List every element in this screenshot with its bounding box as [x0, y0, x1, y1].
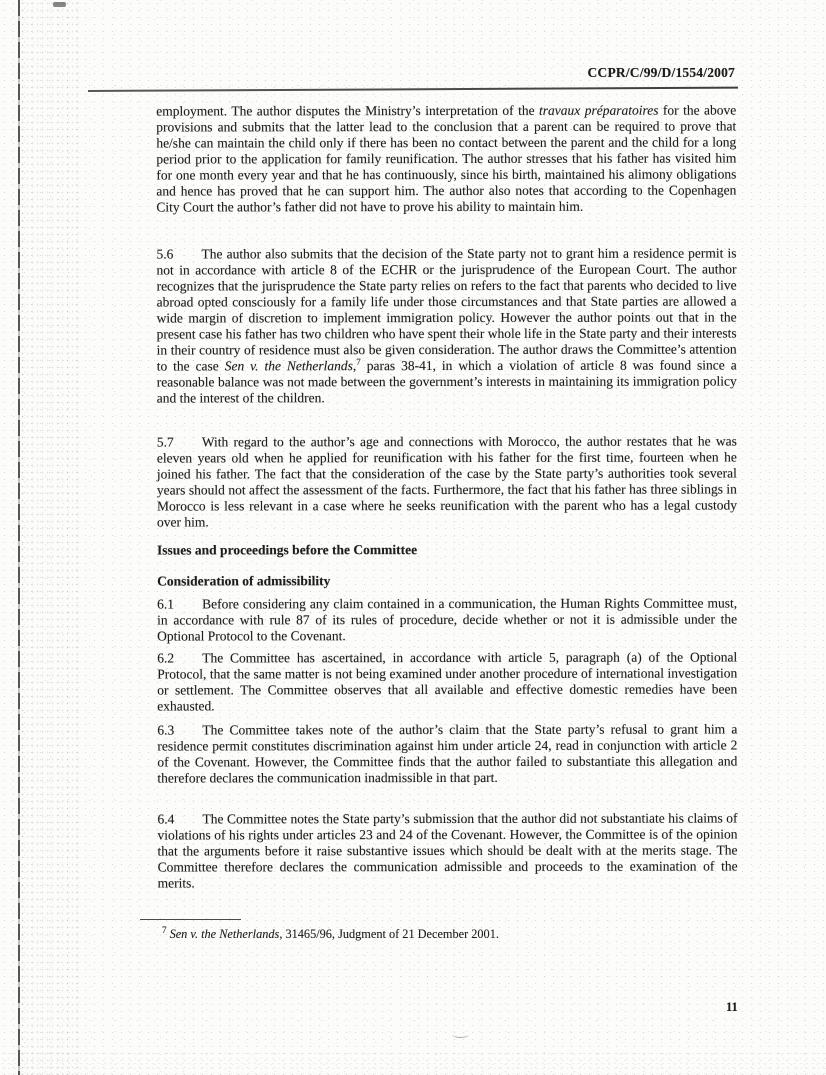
- paragraph-text: The Committee has ascertained, in accord…: [157, 649, 737, 713]
- footnote-separator-rule: [140, 919, 241, 920]
- paragraph-number: 5.6: [156, 246, 201, 262]
- page-number: 11: [726, 1000, 738, 1015]
- paragraph-number: 6.1: [157, 596, 202, 612]
- document-body: employment. The author disputes the Mini…: [156, 0, 738, 1075]
- footnote-text: Sen v. the Netherlands, 31465/96, Judgme…: [167, 927, 499, 941]
- subsection-heading-consideration-of-admissibility: Consideration of admissibility: [157, 572, 330, 589]
- paragraph-text: The author also submits that the decisio…: [157, 245, 737, 405]
- paragraph-number: 6.2: [157, 650, 202, 666]
- paragraph-6-1: 6.1Before considering any claim containe…: [157, 595, 737, 644]
- paragraph-5-7: 5.7With regard to the author’s age and c…: [157, 433, 737, 530]
- scan-noise-left-band: [20, 0, 82, 1075]
- paragraph-text: Before considering any claim contained i…: [157, 595, 737, 643]
- paragraph-6-3: 6.3The Committee takes note of the autho…: [157, 721, 737, 786]
- paragraph-6-2: 6.2The Committee has ascertained, in acc…: [157, 649, 737, 714]
- paragraph-text: The Committee takes note of the author’s…: [157, 721, 737, 785]
- paragraph-5-5-continuation: employment. The author disputes the Mini…: [156, 102, 736, 215]
- paragraph-5-6: 5.6The author also submits that the deci…: [156, 245, 736, 406]
- paragraph-text: The Committee notes the State party’s su…: [158, 810, 738, 890]
- paragraph-text: employment. The author disputes the Mini…: [156, 102, 736, 214]
- paragraph-6-4: 6.4The Committee notes the State party’s…: [157, 810, 737, 891]
- scan-artifact-mark: [53, 2, 66, 7]
- paragraph-number: 6.4: [157, 811, 202, 827]
- section-heading-issues-and-proceedings: Issues and proceedings before the Commit…: [157, 541, 417, 558]
- scanned-document-page: CCPR/C/99/D/1554/2007 employment. The au…: [0, 0, 826, 1075]
- paragraph-number: 6.3: [157, 722, 202, 738]
- paragraph-text: With regard to the author’s age and conn…: [157, 433, 737, 529]
- paragraph-number: 5.7: [157, 434, 202, 450]
- footnote: 7 Sen v. the Netherlands, 31465/96, Judg…: [162, 927, 662, 942]
- scan-edge-artifact-line: [18, 0, 20, 1075]
